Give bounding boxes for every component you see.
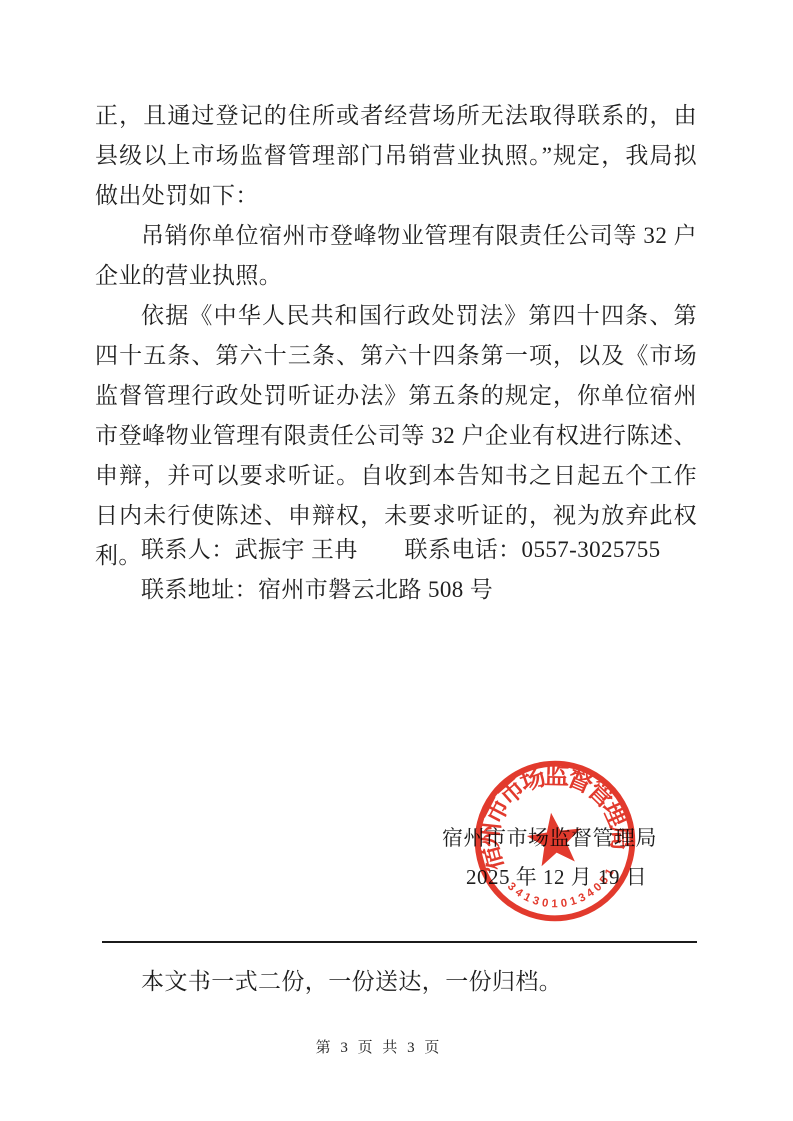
footer-divider	[102, 941, 697, 943]
signature-agency: 宿州市市场监督管理局	[442, 822, 657, 852]
contact-address-line: 联系地址：宿州市磐云北路 508 号	[95, 570, 697, 610]
contact-person-line: 联系人：武振宇 王冉 联系电话：0557-3025755	[95, 530, 697, 570]
seal-ring-text: 宿州市市场监督管理局	[471, 757, 637, 875]
document-body: 正，且通过登记的住所或者经营场所无法取得联系的，由县级以上市场监督管理部门吊销营…	[95, 96, 697, 576]
paragraph-continuation: 正，且通过登记的住所或者经营场所无法取得联系的，由县级以上市场监督管理部门吊销营…	[95, 96, 697, 216]
document-page: 正，且通过登记的住所或者经营场所无法取得联系的，由县级以上市场监督管理部门吊销营…	[0, 0, 793, 1121]
signature-date: 2025 年 12 月 19 日	[466, 861, 647, 891]
distribution-note: 本文书一式二份，一份送达，一份归档。	[95, 962, 697, 1002]
contact-block: 联系人：武振宇 王冉 联系电话：0557-3025755 联系地址：宿州市磐云北…	[95, 530, 697, 610]
page-number: 第 3 页 共 3 页	[0, 1036, 758, 1057]
paragraph-penalty: 吊销你单位宿州市登峰物业管理有限责任公司等 32 户企业的营业执照。	[95, 216, 697, 296]
